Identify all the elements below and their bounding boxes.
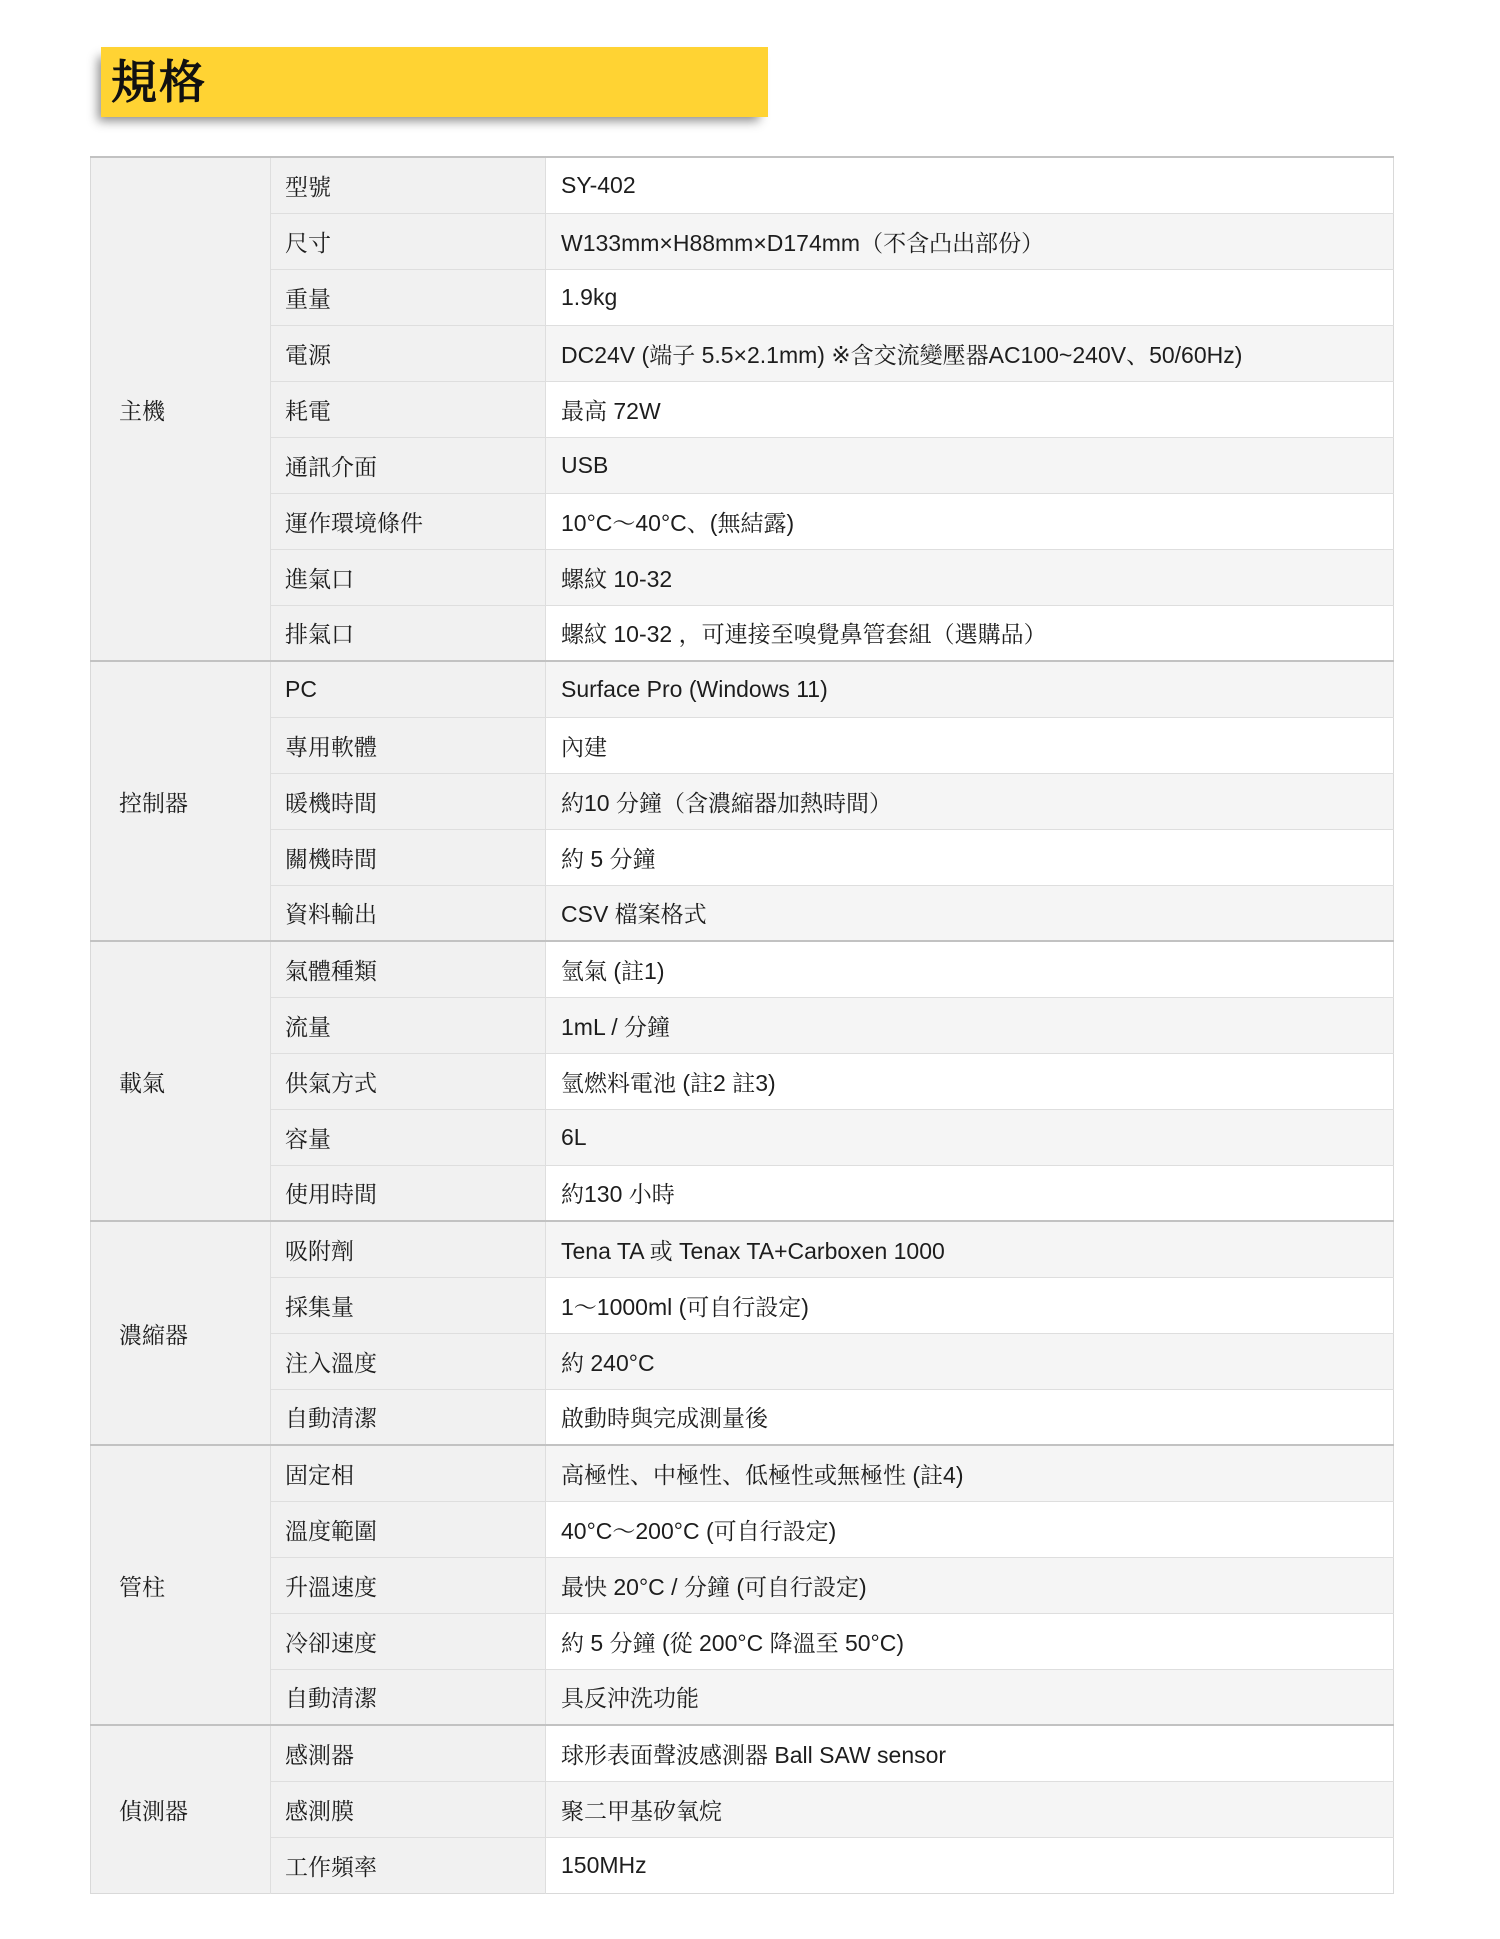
spec-value: 約 240°C	[546, 1333, 1394, 1389]
spec-label: PC	[271, 661, 546, 717]
spec-label: 冷卻速度	[271, 1613, 546, 1669]
table-row: 電源DC24V (端子 5.5×2.1mm) ※含交流變壓器AC100~240V…	[91, 325, 1394, 381]
table-row: 控制器PCSurface Pro (Windows 11)	[91, 661, 1394, 717]
spec-label: 注入溫度	[271, 1333, 546, 1389]
spec-label: 型號	[271, 157, 546, 213]
spec-value: 1.9kg	[546, 269, 1394, 325]
table-row: 暖機時間約10 分鐘（含濃縮器加熱時間）	[91, 773, 1394, 829]
spec-label: 升溫速度	[271, 1557, 546, 1613]
spec-value: CSV 檔案格式	[546, 885, 1394, 941]
spec-label: 工作頻率	[271, 1837, 546, 1893]
spec-value: 約 5 分鐘 (從 200°C 降溫至 50°C)	[546, 1613, 1394, 1669]
spec-table-body: 主機型號SY-402尺寸W133mm×H88mm×D174mm（不含凸出部份）重…	[91, 157, 1394, 1893]
spec-label: 自動清潔	[271, 1389, 546, 1445]
table-row: 流量1mL / 分鐘	[91, 997, 1394, 1053]
category-cell: 偵測器	[91, 1725, 271, 1893]
spec-label: 感測器	[271, 1725, 546, 1781]
table-row: 溫度範圍40°C～200°C (可自行設定)	[91, 1501, 1394, 1557]
category-cell: 濃縮器	[91, 1221, 271, 1445]
spec-label: 吸附劑	[271, 1221, 546, 1277]
table-row: 容量6L	[91, 1109, 1394, 1165]
table-row: 使用時間約130 小時	[91, 1165, 1394, 1221]
table-row: 偵測器感測器球形表面聲波感測器 Ball SAW sensor	[91, 1725, 1394, 1781]
table-row: 載氣氣體種類氫氣 (註1)	[91, 941, 1394, 997]
spec-label: 採集量	[271, 1277, 546, 1333]
category-cell: 主機	[91, 157, 271, 661]
spec-value: 40°C～200°C (可自行設定)	[546, 1501, 1394, 1557]
category-cell: 管柱	[91, 1445, 271, 1725]
spec-value: 約130 小時	[546, 1165, 1394, 1221]
spec-value: 最高 72W	[546, 381, 1394, 437]
table-row: 管柱固定相高極性、中極性、低極性或無極性 (註4)	[91, 1445, 1394, 1501]
table-row: 重量1.9kg	[91, 269, 1394, 325]
spec-value: 具反沖洗功能	[546, 1669, 1394, 1725]
spec-label: 進氣口	[271, 549, 546, 605]
table-row: 注入溫度約 240°C	[91, 1333, 1394, 1389]
table-row: 冷卻速度約 5 分鐘 (從 200°C 降溫至 50°C)	[91, 1613, 1394, 1669]
spec-label: 專用軟體	[271, 717, 546, 773]
table-row: 自動清潔啟動時與完成測量後	[91, 1389, 1394, 1445]
table-row: 關機時間約 5 分鐘	[91, 829, 1394, 885]
spec-label: 流量	[271, 997, 546, 1053]
spec-value: 球形表面聲波感測器 Ball SAW sensor	[546, 1725, 1394, 1781]
specs-title-banner: 規格	[101, 47, 768, 117]
table-row: 採集量1～1000ml (可自行設定)	[91, 1277, 1394, 1333]
spec-value: Surface Pro (Windows 11)	[546, 661, 1394, 717]
spec-value: 10°C～40°C、(無結露)	[546, 493, 1394, 549]
spec-value: 聚二甲基矽氧烷	[546, 1781, 1394, 1837]
spec-label: 溫度範圍	[271, 1501, 546, 1557]
table-row: 運作環境條件10°C～40°C、(無結露)	[91, 493, 1394, 549]
table-row: 供氣方式氫燃料電池 (註2 註3)	[91, 1053, 1394, 1109]
table-row: 進氣口螺紋 10-32	[91, 549, 1394, 605]
spec-label: 使用時間	[271, 1165, 546, 1221]
spec-label: 固定相	[271, 1445, 546, 1501]
spec-value: SY-402	[546, 157, 1394, 213]
table-row: 工作頻率150MHz	[91, 1837, 1394, 1893]
spec-label: 自動清潔	[271, 1669, 546, 1725]
table-row: 主機型號SY-402	[91, 157, 1394, 213]
spec-label: 關機時間	[271, 829, 546, 885]
table-row: 通訊介面USB	[91, 437, 1394, 493]
table-row: 感測膜聚二甲基矽氧烷	[91, 1781, 1394, 1837]
spec-value: DC24V (端子 5.5×2.1mm) ※含交流變壓器AC100~240V、5…	[546, 325, 1394, 381]
table-row: 升溫速度最快 20°C / 分鐘 (可自行設定)	[91, 1557, 1394, 1613]
spec-value: W133mm×H88mm×D174mm（不含凸出部份）	[546, 213, 1394, 269]
category-cell: 載氣	[91, 941, 271, 1221]
spec-label: 感測膜	[271, 1781, 546, 1837]
spec-label: 氣體種類	[271, 941, 546, 997]
spec-label: 資料輸出	[271, 885, 546, 941]
spec-value: 高極性、中極性、低極性或無極性 (註4)	[546, 1445, 1394, 1501]
spec-table: 主機型號SY-402尺寸W133mm×H88mm×D174mm（不含凸出部份）重…	[90, 156, 1394, 1894]
table-row: 排氣口螺紋 10-32 ，可連接至嗅覺鼻管套組（選購品）	[91, 605, 1394, 661]
spec-value: Tena TA 或 Tenax TA+Carboxen 1000	[546, 1221, 1394, 1277]
table-row: 自動清潔具反沖洗功能	[91, 1669, 1394, 1725]
table-row: 尺寸W133mm×H88mm×D174mm（不含凸出部份）	[91, 213, 1394, 269]
spec-value: 約 5 分鐘	[546, 829, 1394, 885]
table-row: 耗電最高 72W	[91, 381, 1394, 437]
spec-value: 最快 20°C / 分鐘 (可自行設定)	[546, 1557, 1394, 1613]
page-title: 規格	[101, 59, 207, 105]
table-row: 資料輸出CSV 檔案格式	[91, 885, 1394, 941]
spec-value: 約10 分鐘（含濃縮器加熱時間）	[546, 773, 1394, 829]
spec-value: 內建	[546, 717, 1394, 773]
spec-value: 150MHz	[546, 1837, 1394, 1893]
spec-value: 啟動時與完成測量後	[546, 1389, 1394, 1445]
spec-label: 重量	[271, 269, 546, 325]
spec-value: 氫燃料電池 (註2 註3)	[546, 1053, 1394, 1109]
spec-value: 6L	[546, 1109, 1394, 1165]
table-row: 專用軟體內建	[91, 717, 1394, 773]
spec-value: 螺紋 10-32 ，可連接至嗅覺鼻管套組（選購品）	[546, 605, 1394, 661]
category-cell: 控制器	[91, 661, 271, 941]
spec-value: 1mL / 分鐘	[546, 997, 1394, 1053]
spec-label: 供氣方式	[271, 1053, 546, 1109]
spec-label: 耗電	[271, 381, 546, 437]
spec-label: 運作環境條件	[271, 493, 546, 549]
spec-label: 排氣口	[271, 605, 546, 661]
spec-value: USB	[546, 437, 1394, 493]
spec-value: 螺紋 10-32	[546, 549, 1394, 605]
spec-value: 氫氣 (註1)	[546, 941, 1394, 997]
spec-label: 尺寸	[271, 213, 546, 269]
spec-label: 容量	[271, 1109, 546, 1165]
spec-label: 暖機時間	[271, 773, 546, 829]
table-row: 濃縮器吸附劑Tena TA 或 Tenax TA+Carboxen 1000	[91, 1221, 1394, 1277]
spec-label: 電源	[271, 325, 546, 381]
spec-label: 通訊介面	[271, 437, 546, 493]
spec-value: 1～1000ml (可自行設定)	[546, 1277, 1394, 1333]
